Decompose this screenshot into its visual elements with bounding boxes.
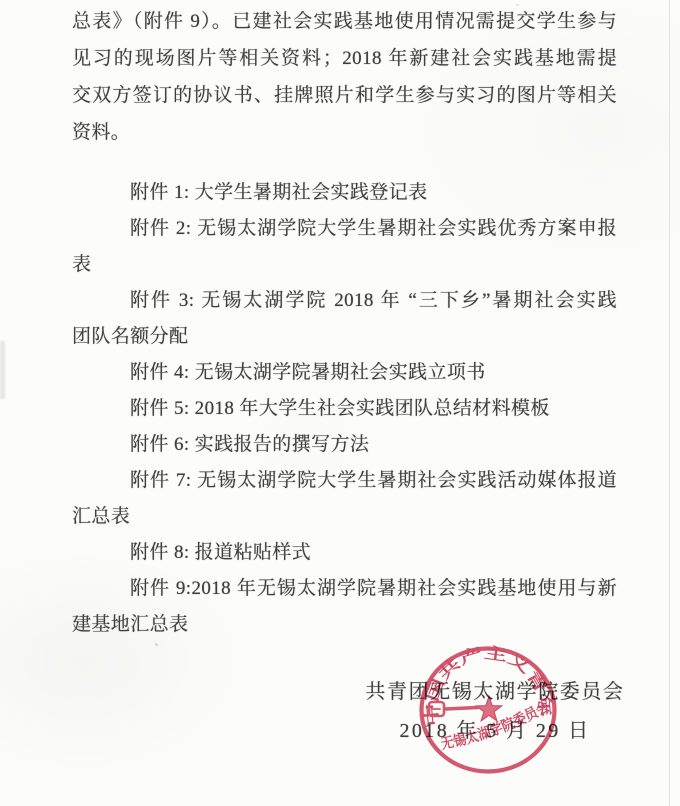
scan-smudge bbox=[0, 341, 5, 399]
official-seal-stamp: 中国共产主义青年团 无锡太湖学院委员会 bbox=[412, 639, 564, 781]
body-paragraph: 总表》（附件 9）。已建社会实践基地使用情况需提交学生参与见习的现场图片等相关资… bbox=[72, 3, 617, 151]
document-text-line: 附件 5: 2018 年大学生社会实践团队总结材料模板 bbox=[72, 391, 617, 427]
document-text-line: 附件 9:2018 年无锡太湖学院暑期社会实践基地使用与新 bbox=[72, 571, 617, 607]
document-text-line: 附件 2: 无锡太湖学院大学生暑期社会实践优秀方案申报 bbox=[72, 211, 617, 247]
document-text-line: 团队名额分配 bbox=[72, 319, 617, 355]
scan-page-edge bbox=[669, 0, 670, 806]
document-text-line: 汇总表 bbox=[72, 499, 617, 535]
document-text-line: 交双方签订的协议书、挂牌照片和学生参与实习的图片等相关 bbox=[72, 77, 617, 114]
scan-speck bbox=[155, 643, 158, 646]
document-text-line: 附件 6: 实践报告的撰写方法 bbox=[72, 427, 617, 463]
document-text-line: 附件 1: 大学生暑期社会实践登记表 bbox=[72, 175, 617, 211]
scanned-document-page: 总表》（附件 9）。已建社会实践基地使用情况需提交学生参与见习的现场图片等相关资… bbox=[0, 0, 680, 806]
attachment-list: 附件 1: 大学生暑期社会实践登记表附件 2: 无锡太湖学院大学生暑期社会实践优… bbox=[72, 175, 617, 643]
document-text-line: 总表》（附件 9）。已建社会实践基地使用情况需提交学生参与 bbox=[72, 3, 617, 40]
document-text-line: 附件 3: 无锡太湖学院 2018 年 “三下乡”暑期社会实践 bbox=[72, 283, 617, 319]
document-text-line: 见习的现场图片等相关资料；2018 年新建社会实践基地需提 bbox=[72, 40, 617, 77]
seal-star-icon bbox=[476, 697, 502, 721]
document-text-line: 附件 4: 无锡太湖学院暑期社会实践立项书 bbox=[72, 355, 617, 391]
document-text-line: 建基地汇总表 bbox=[72, 607, 617, 643]
document-text-line: 表 bbox=[72, 247, 617, 283]
document-text-line: 资料。 bbox=[72, 114, 617, 151]
document-text-line: 附件 7: 无锡太湖学院大学生暑期社会实践活动媒体报道 bbox=[72, 463, 617, 499]
document-text-line: 附件 8: 报道粘贴样式 bbox=[72, 535, 617, 571]
scan-speck bbox=[516, 4, 519, 6]
